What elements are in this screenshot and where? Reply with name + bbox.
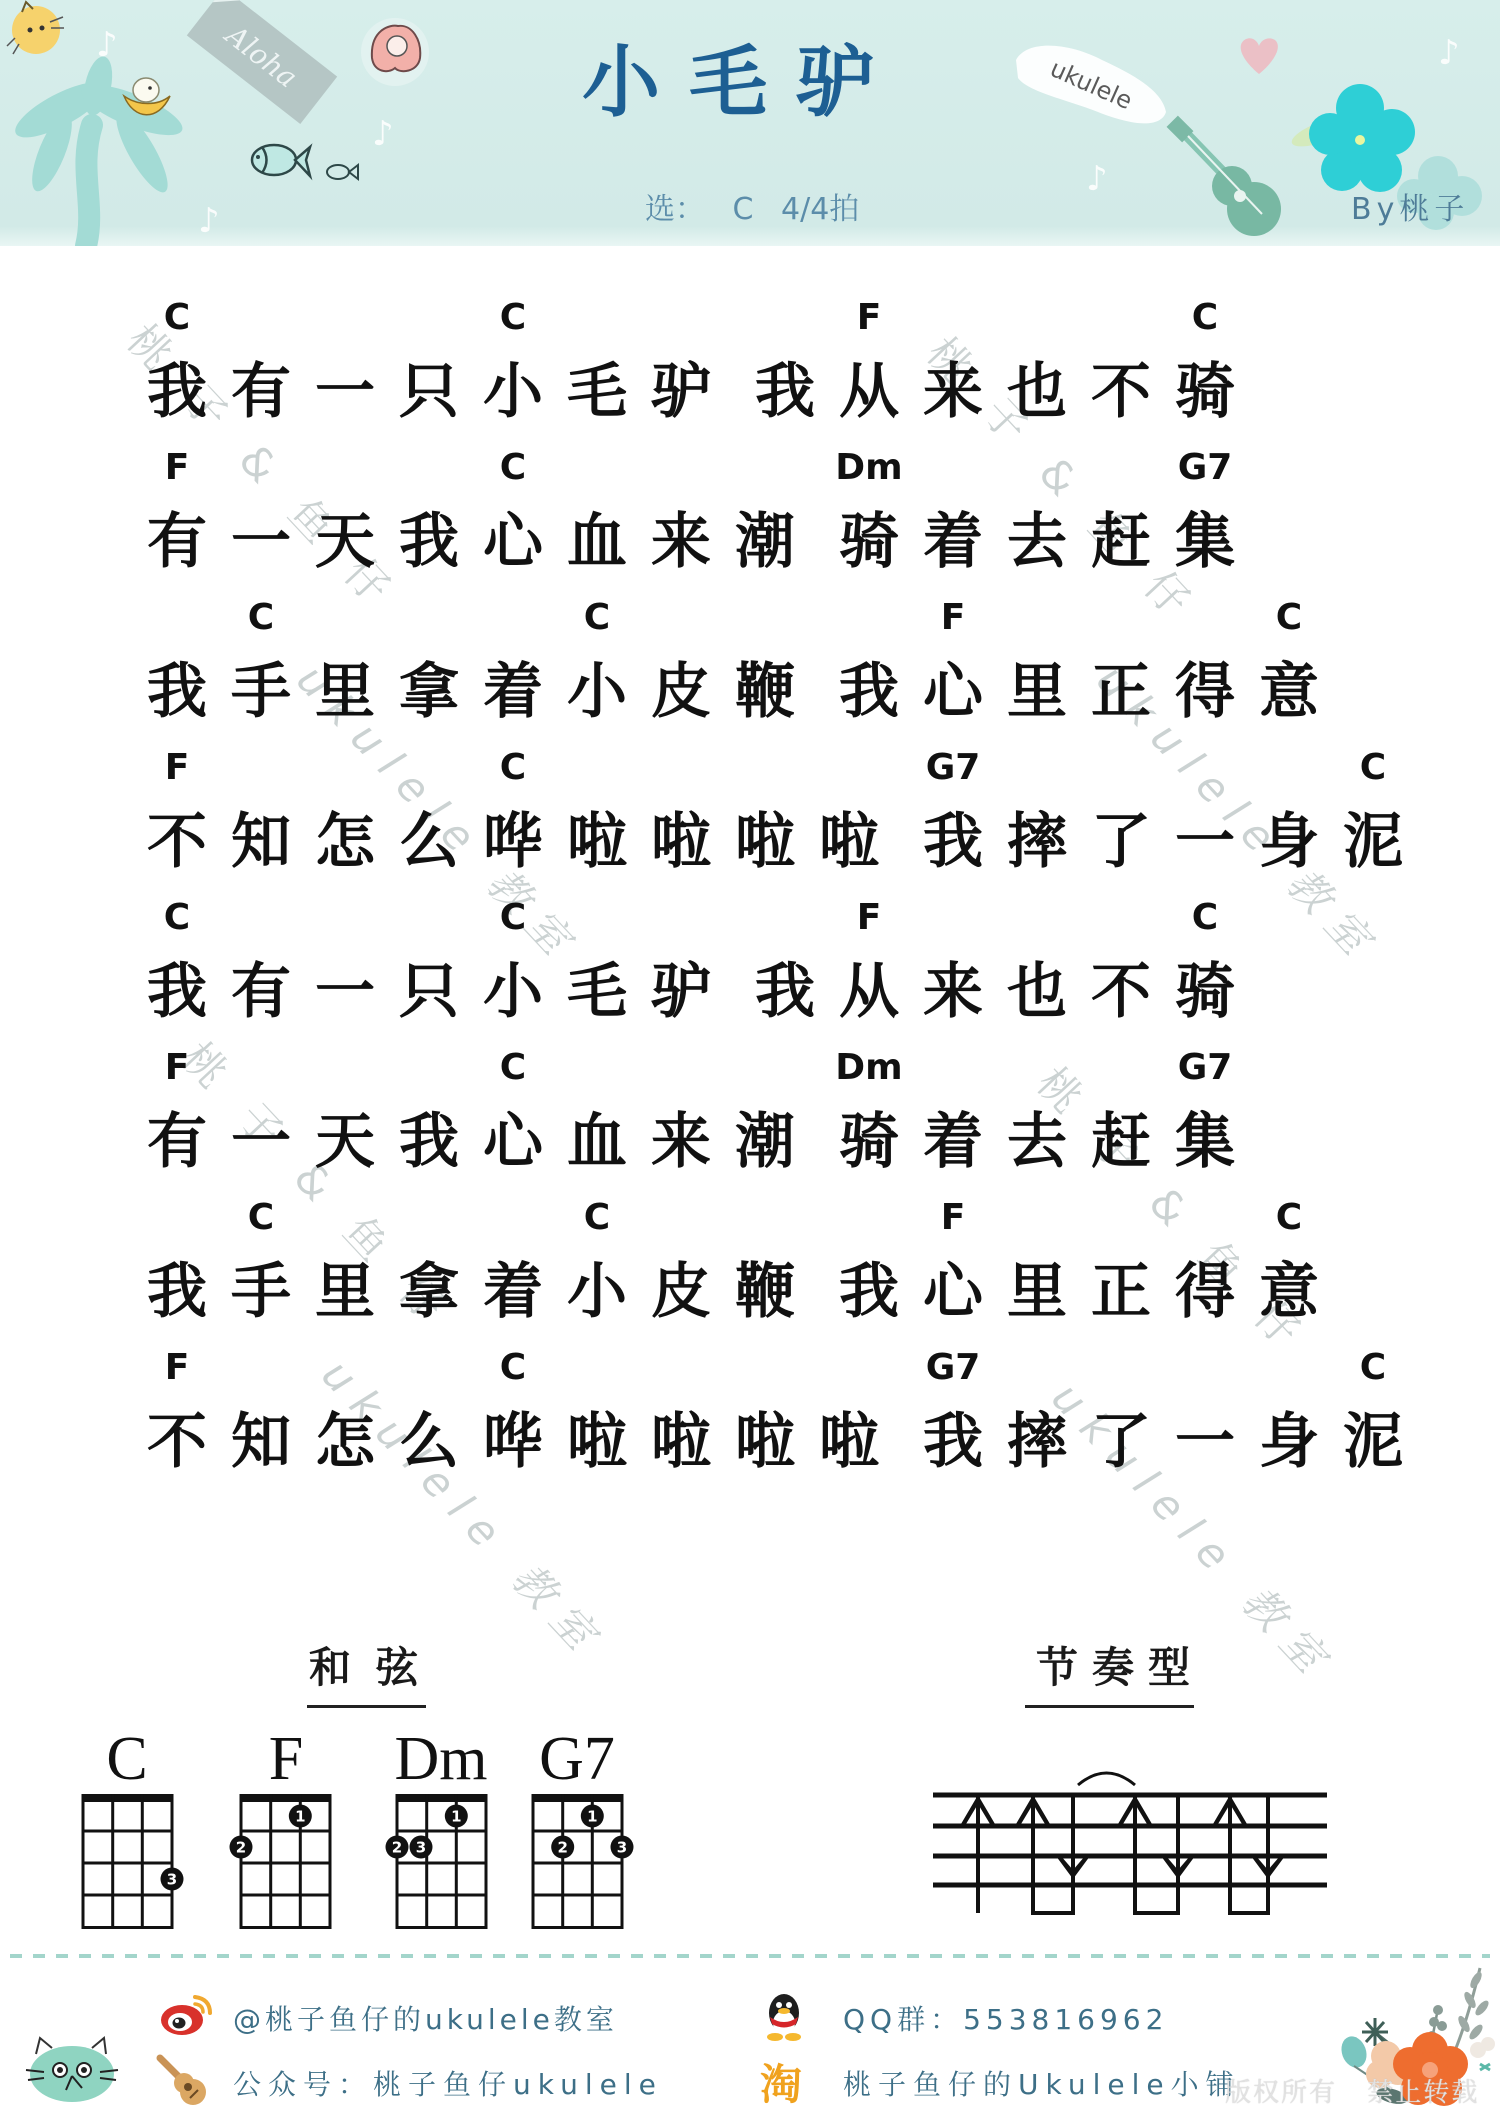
wechat-official-account: 公众号：桃子鱼仔ukulele xyxy=(233,2068,663,2102)
chord-label: G7 xyxy=(1165,1048,1245,1088)
weibo-icon xyxy=(158,1993,214,2037)
chord-label: F xyxy=(137,1348,217,1388)
chord-label: C xyxy=(1165,898,1245,938)
chord-label: C xyxy=(557,598,637,638)
chord-label: C xyxy=(473,298,553,338)
chord-label: C xyxy=(473,1348,553,1388)
finger-number: 2 xyxy=(236,1839,246,1857)
qq-penguin-icon xyxy=(760,1991,808,2043)
chord-label: F xyxy=(137,748,217,788)
sun-cat-sticker xyxy=(7,2,64,54)
chord-label: C xyxy=(1333,748,1413,788)
lyric-line: F C Dm G7 有一天我心血来潮 骑着去赶集 xyxy=(0,448,1500,578)
header-banner: Aloha ♪ ♪ ♪ ♪ ♪ xyxy=(0,0,1500,246)
finger-number: 1 xyxy=(451,1808,461,1826)
finger-dot: 1 xyxy=(445,1805,468,1828)
lyric-line: F C Dm G7 有一天我心血来潮 骑着去赶集 xyxy=(0,1048,1500,1178)
finger-number: 2 xyxy=(392,1839,402,1857)
lyric-phrase: 我心里正得意 xyxy=(839,662,1343,722)
chord-label: G7 xyxy=(913,748,993,788)
finger-dot: 3 xyxy=(161,1868,184,1891)
chord-diagram-c: 3 xyxy=(67,1790,189,1932)
tie-arc xyxy=(1078,1773,1135,1785)
chord-label: C xyxy=(137,898,217,938)
chord-diagram-name: F xyxy=(216,1728,356,1790)
song-title: 小毛驴 xyxy=(582,44,903,122)
finger-dot: 3 xyxy=(611,1836,634,1859)
rhythm-section-title: 节奏型 xyxy=(1036,1644,1204,1692)
chord-label: C xyxy=(473,898,553,938)
footer-dashed-divider xyxy=(0,1950,1500,1962)
aloha-tag-sticker: Aloha xyxy=(187,0,337,124)
lyric-phrase: 我摔了一身泥 xyxy=(923,812,1427,872)
finger-dot: 2 xyxy=(230,1836,253,1859)
music-note-icon: ♪ xyxy=(1438,33,1460,73)
chord-label: G7 xyxy=(913,1348,993,1388)
finger-number: 1 xyxy=(587,1808,597,1826)
chord-label: C xyxy=(137,298,217,338)
finger-number: 3 xyxy=(167,1871,177,1889)
chord-label: C xyxy=(1333,1348,1413,1388)
cat-face-icon xyxy=(22,2032,122,2104)
lyric-line: F C G7 C 不知怎么哗啦啦啦啦 我摔了一身泥 xyxy=(0,1348,1500,1478)
chord-label: C xyxy=(221,598,301,638)
finger-dot: 3 xyxy=(410,1836,433,1859)
fish-sticker xyxy=(252,145,310,176)
finger-dot: 1 xyxy=(289,1805,312,1828)
rhythm-title-underline xyxy=(1025,1705,1194,1708)
chord-diagram-name: C xyxy=(57,1728,197,1790)
palm-tree-decoration xyxy=(8,54,188,246)
chord-label: C xyxy=(473,1048,553,1088)
taobao-shop-name: 桃子鱼仔的Ukulele小铺 xyxy=(843,2068,1241,2102)
chord-label: F xyxy=(137,448,217,488)
chord-label: C xyxy=(473,748,553,788)
lyric-phrase: 我有一只小毛驴 xyxy=(147,962,735,1022)
ukulele-icon xyxy=(154,2052,208,2106)
chord-diagram-g7: 1 2 3 xyxy=(517,1790,639,1932)
chords-section-title: 和弦 xyxy=(309,1644,443,1692)
finger-dot: 2 xyxy=(551,1836,574,1859)
lyric-line: C C F C 我有一只小毛驴 我从来也不骑 xyxy=(0,898,1500,1028)
lyric-phrase: 有一天我心血来潮 xyxy=(147,512,819,572)
lyric-phrase: 我从来也不骑 xyxy=(755,362,1259,422)
chord-label: C xyxy=(473,448,553,488)
chord-label: Dm xyxy=(829,448,909,488)
lyric-phrase: 骑着去赶集 xyxy=(839,512,1259,572)
chord-label: F xyxy=(913,1198,993,1238)
music-note-icon: ♪ xyxy=(1086,159,1108,199)
chord-diagram-name: G7 xyxy=(507,1728,647,1790)
lyric-phrase: 不知怎么哗啦啦啦啦 xyxy=(147,812,903,872)
chord-label: C xyxy=(1249,1198,1329,1238)
chord-label: G7 xyxy=(1165,448,1245,488)
finger-dot: 2 xyxy=(386,1836,409,1859)
lyric-line: F C G7 C 不知怎么哗啦啦啦啦 我摔了一身泥 xyxy=(0,748,1500,878)
chords-title-underline xyxy=(307,1705,426,1708)
lyric-line: C C F C 我手里拿着小皮鞭 我心里正得意 xyxy=(0,598,1500,728)
chord-label: F xyxy=(913,598,993,638)
ukulele-speech-cloud: ukulele xyxy=(1016,46,1166,124)
weibo-account: @桃子鱼仔的ukulele教室 xyxy=(233,2003,618,2037)
chord-label: F xyxy=(137,1048,217,1088)
chord-diagram-name: Dm xyxy=(371,1728,511,1790)
music-note-icon: ♪ xyxy=(198,201,220,241)
lyric-phrase: 我手里拿着小皮鞭 xyxy=(147,662,819,722)
copyright-watermark: 版权所有 禁止转载 xyxy=(1225,2077,1479,2109)
strumming-pattern xyxy=(920,1760,1340,1930)
key-and-time-signature: 选： C 4/4拍 xyxy=(645,193,859,227)
small-fish-sticker xyxy=(327,165,358,179)
lyric-phrase: 我从来也不骑 xyxy=(755,962,1259,1022)
lyric-phrase: 有一天我心血来潮 xyxy=(147,1112,819,1172)
ukulele-sticker xyxy=(1167,116,1281,236)
chord-diagram-dm: 1 2 3 xyxy=(381,1790,503,1932)
lyric-line: C C F C 我手里拿着小皮鞭 我心里正得意 xyxy=(0,1198,1500,1328)
chord-label: C xyxy=(221,1198,301,1238)
chord-label: Dm xyxy=(829,1048,909,1088)
finger-dot: 1 xyxy=(581,1805,604,1828)
chord-label: C xyxy=(1249,598,1329,638)
chord-label: C xyxy=(557,1198,637,1238)
heart-sticker xyxy=(1241,38,1278,74)
music-note-icon: ♪ xyxy=(96,25,118,65)
finger-number: 2 xyxy=(557,1839,567,1857)
lyric-line: C C F C 我有一只小毛驴 我从来也不骑 xyxy=(0,298,1500,428)
chord-label: F xyxy=(829,898,909,938)
music-note-icon: ♪ xyxy=(372,114,394,154)
chord-diagram-f: 1 2 xyxy=(225,1790,347,1932)
peach-character-sticker xyxy=(361,18,429,86)
finger-number: 3 xyxy=(617,1839,627,1857)
lyric-phrase: 我心里正得意 xyxy=(839,1262,1343,1322)
finger-number: 1 xyxy=(295,1808,305,1826)
lyric-phrase: 我手里拿着小皮鞭 xyxy=(147,1262,819,1322)
lyric-phrase: 我有一只小毛驴 xyxy=(147,362,735,422)
lyric-phrase: 不知怎么哗啦啦啦啦 xyxy=(147,1412,903,1472)
chord-label: F xyxy=(829,298,909,338)
chord-label: C xyxy=(1165,298,1245,338)
author-credit: By桃子 xyxy=(1351,193,1469,227)
finger-number: 3 xyxy=(416,1839,426,1857)
qq-group-number: QQ群：553816962 xyxy=(843,2003,1168,2037)
lyric-phrase: 骑着去赶集 xyxy=(839,1112,1259,1172)
taobao-icon: 淘 xyxy=(760,2062,802,2108)
lyric-phrase: 我摔了一身泥 xyxy=(923,1412,1427,1472)
